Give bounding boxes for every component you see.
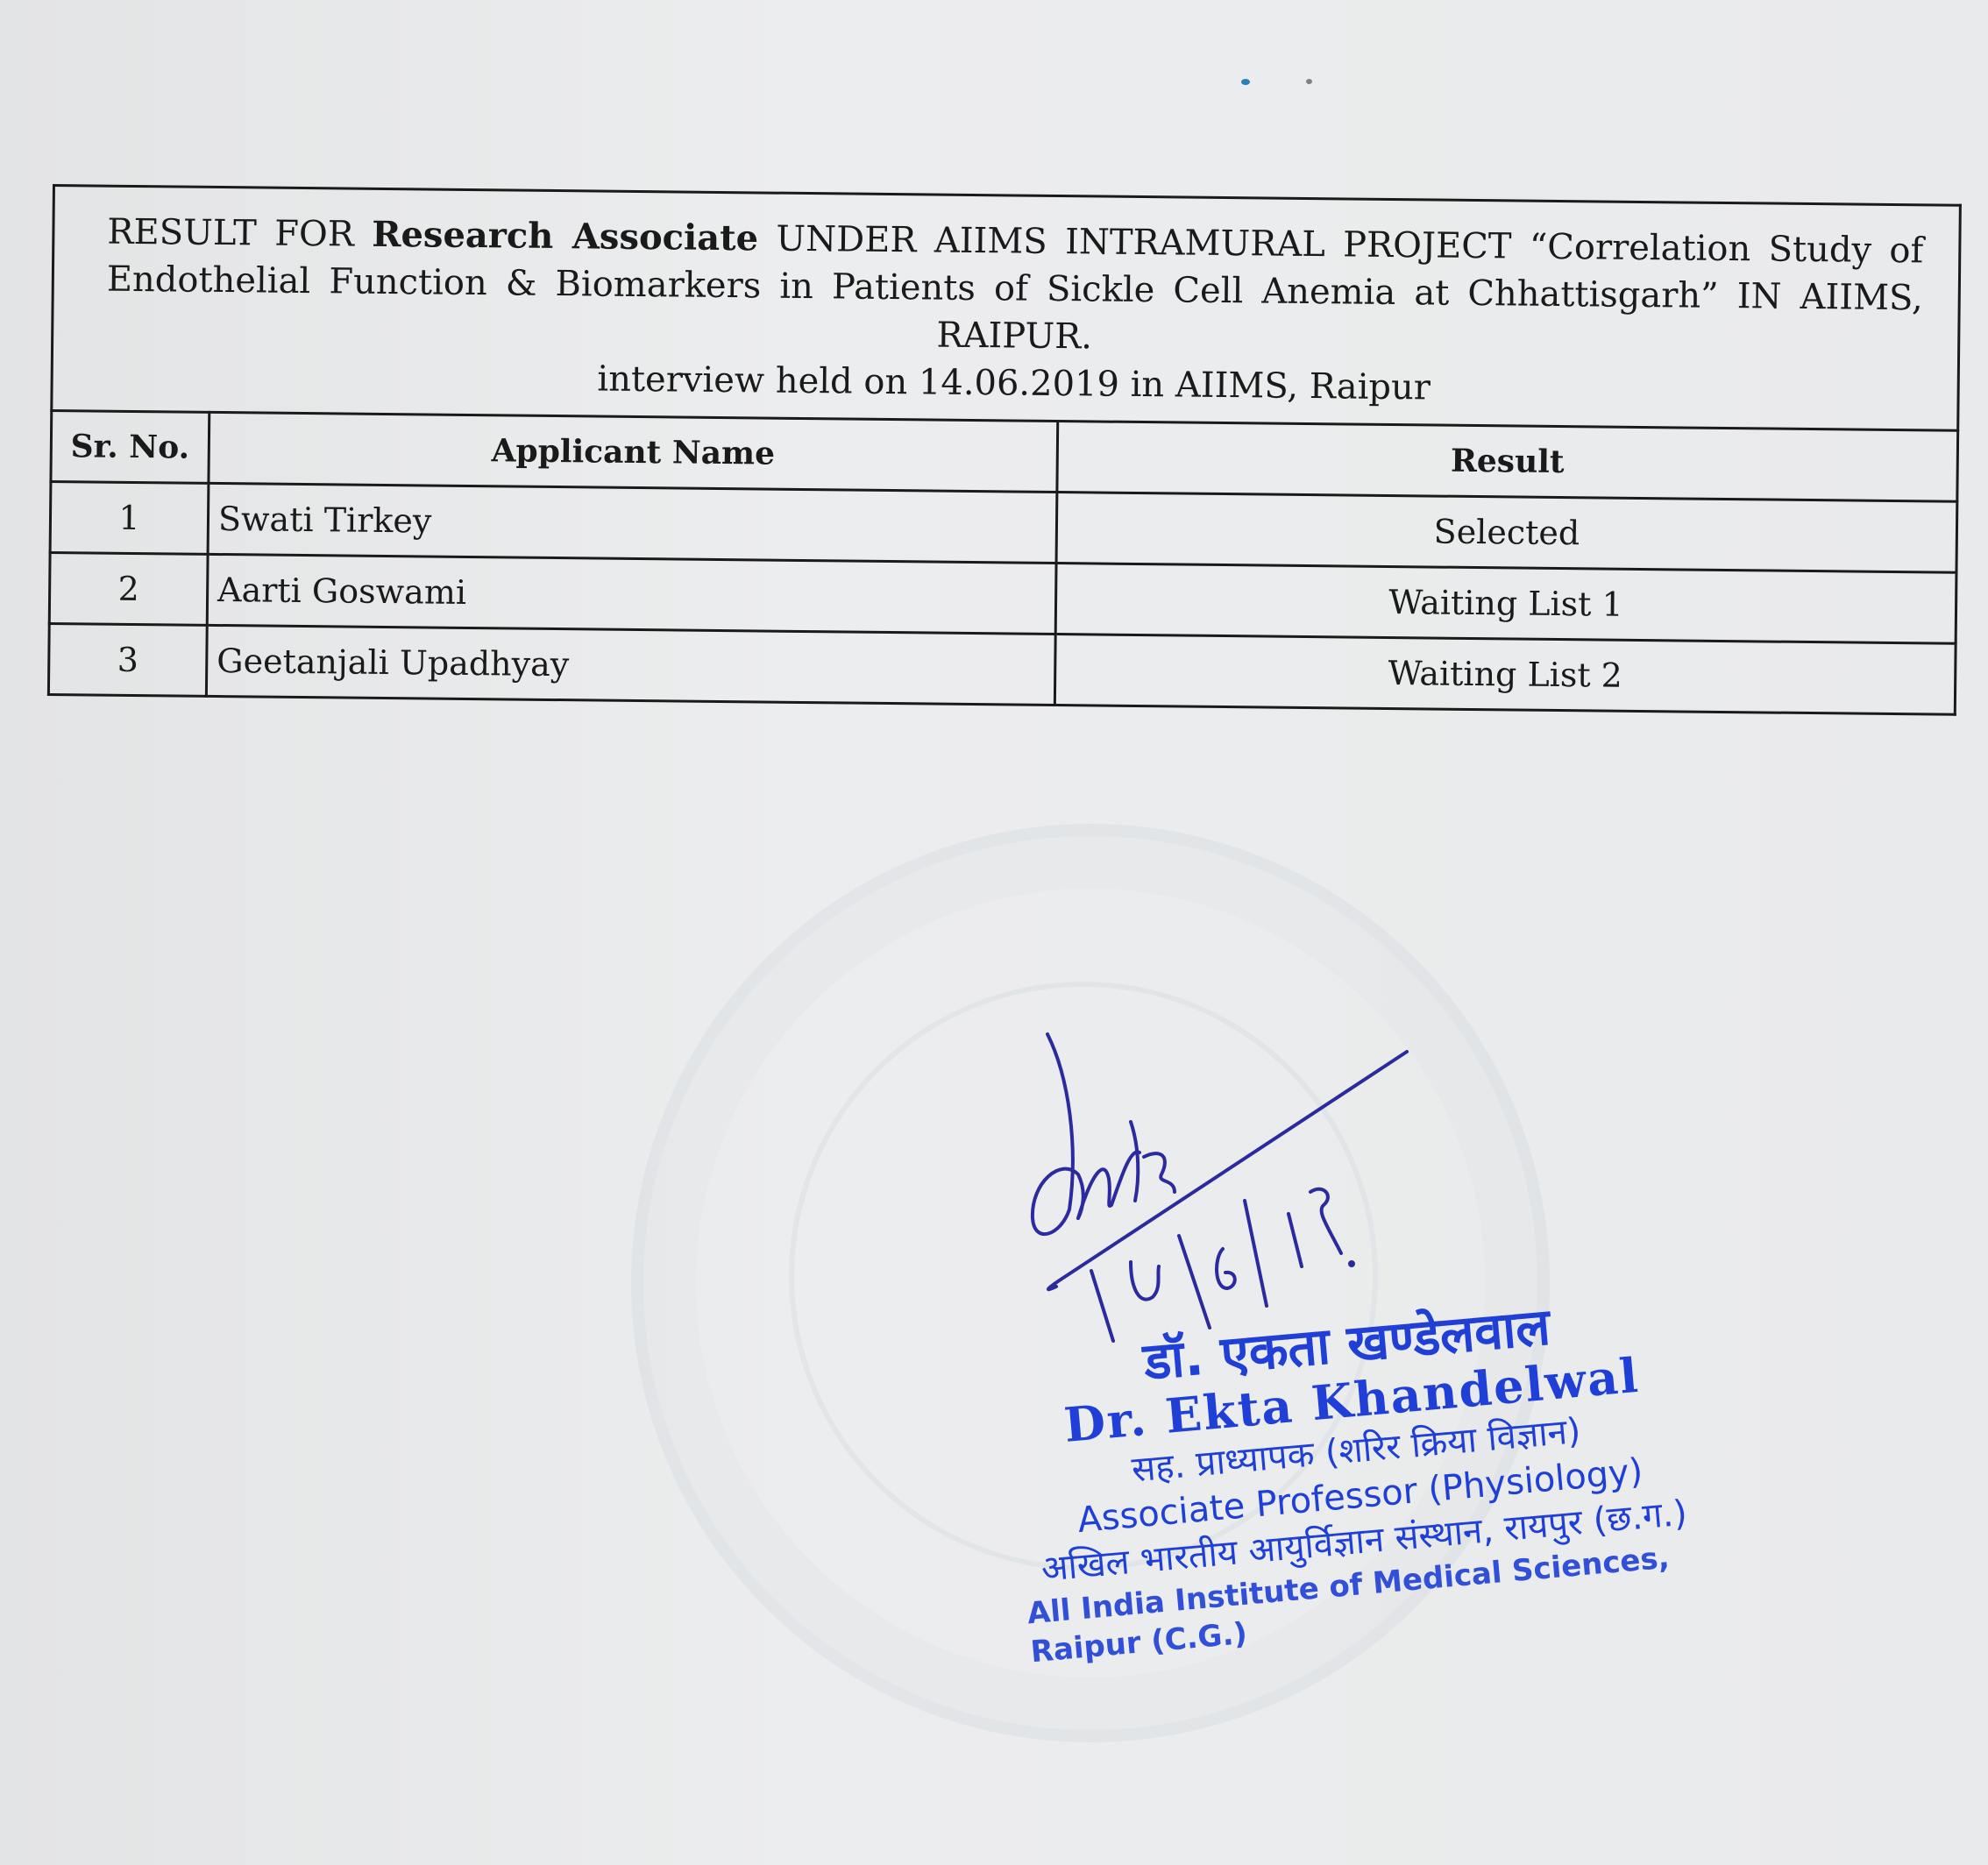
header-prefix: RESULT FOR [107, 212, 372, 255]
applicant-name-cell: Aarti Goswami [207, 554, 1056, 634]
result-cell: Waiting List 1 [1055, 564, 1956, 644]
applicant-name-cell: Swati Tirkey [208, 483, 1057, 563]
result-document: RESULT FOR Research Associate UNDER AIIM… [47, 184, 1962, 716]
dust-speck [1306, 79, 1312, 84]
result-cell: Waiting List 2 [1054, 635, 1956, 715]
result-cell: Selected [1056, 493, 1957, 573]
column-header-result: Result [1057, 422, 1958, 502]
sr-no-cell: 1 [50, 481, 209, 554]
ink-speck [1241, 79, 1250, 85]
result-header: RESULT FOR Research Associate UNDER AIIM… [50, 184, 1962, 429]
column-header-applicant-name: Applicant Name [209, 412, 1058, 492]
signature-date-text: 14/6/19 [1008, 1025, 1012, 1026]
sr-no-cell: 3 [48, 623, 207, 696]
sr-no-cell: 2 [49, 552, 208, 625]
column-header-sr-no: Sr. No. [51, 411, 209, 484]
post-name: Research Associate [372, 214, 758, 259]
designation-stamp: डॉ. एकता खण्डेलवाल Dr. Ekta Khandelwal स… [986, 1284, 1730, 1673]
results-table: Sr. No. Applicant Name Result 1 Swati Ti… [47, 409, 1959, 716]
header-project-start: UNDER AIIMS INTRAMURAL PROJECT “Correlat… [758, 218, 1924, 271]
applicant-name-cell: Geetanjali Upadhyay [206, 625, 1055, 705]
